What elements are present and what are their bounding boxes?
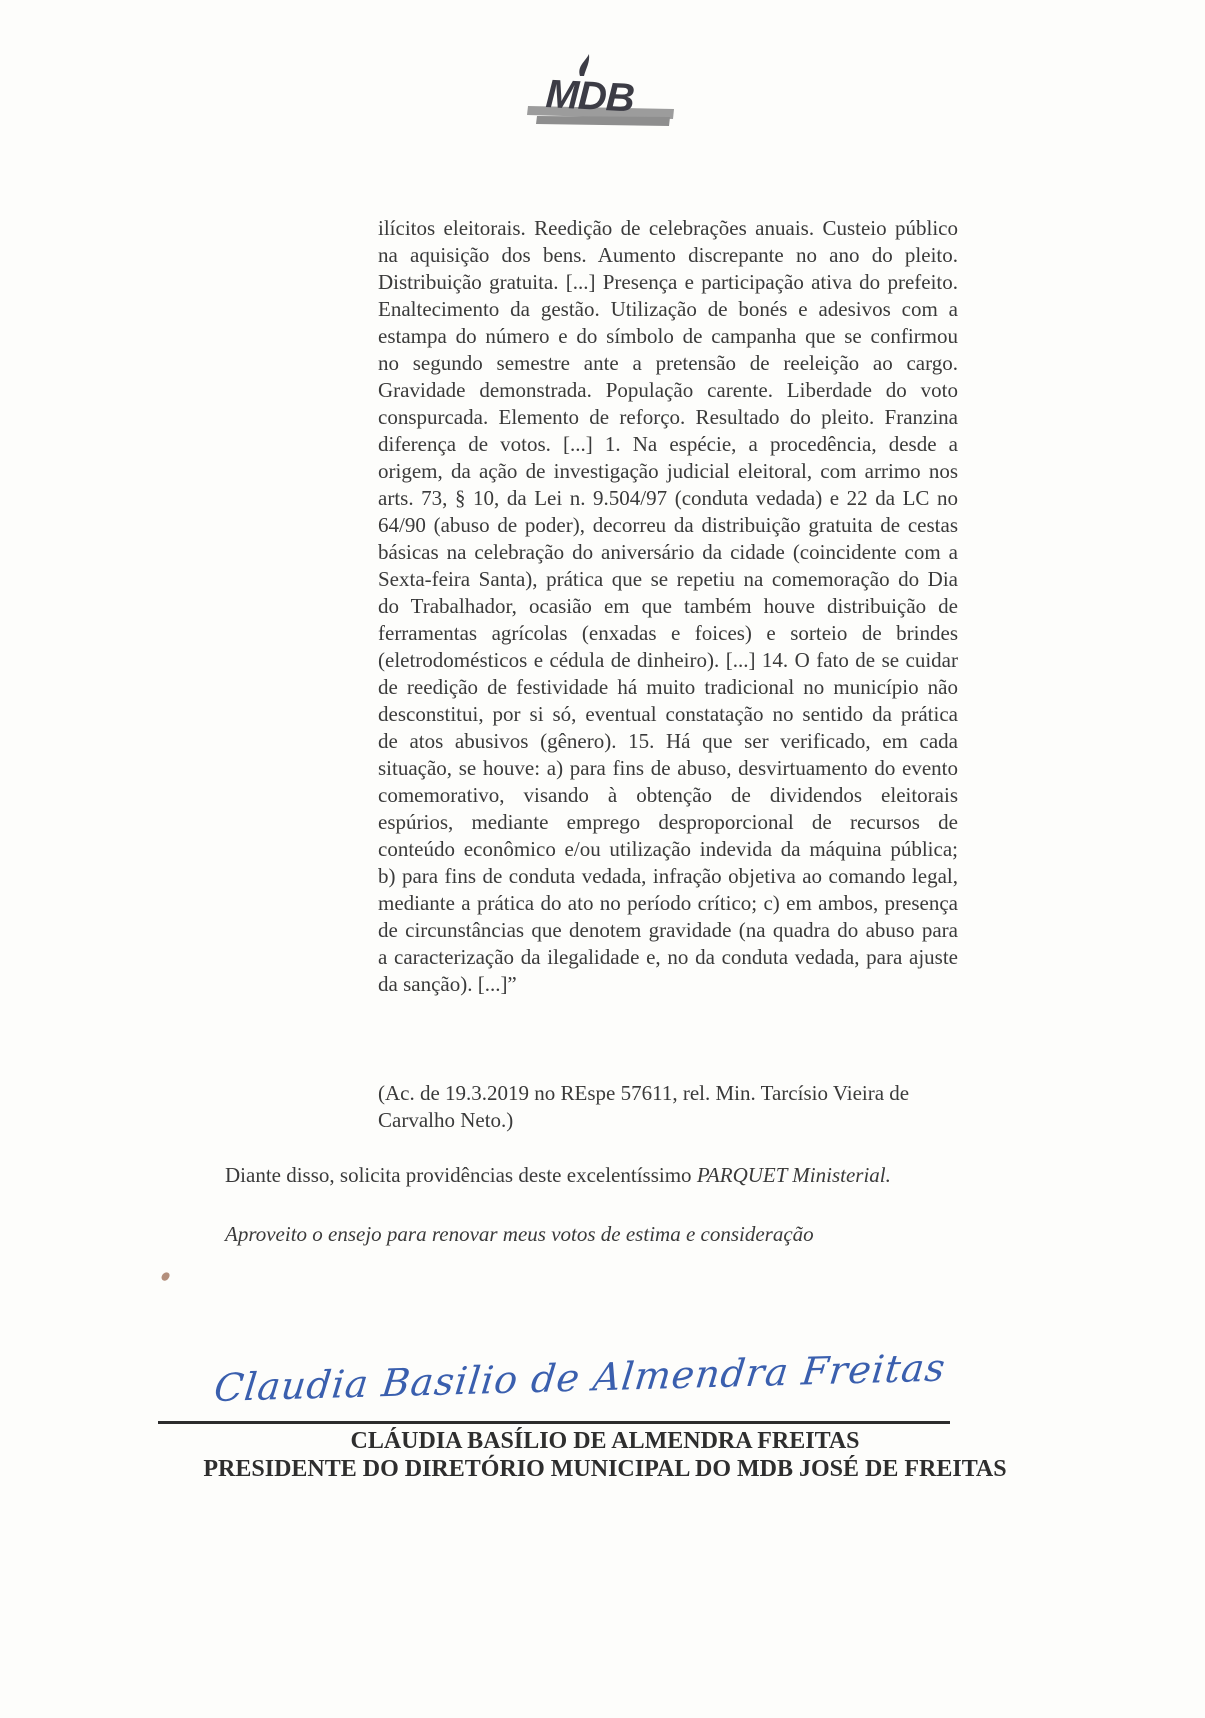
quote-line: conteúdo econômico e/ou utilização indev…: [378, 836, 958, 863]
quote-line: de atos abusivos (gênero). 15. Há que se…: [378, 728, 958, 755]
request-text: Diante disso, solicita providências dest…: [225, 1163, 697, 1187]
logo-flame-icon: [579, 54, 589, 76]
quote-line: Sexta-feira Santa), prática que se repet…: [378, 566, 958, 593]
quote-line: a caracterização da ilegalidade e, no da…: [378, 944, 958, 971]
quote-line: de reedição de festividade há muito trad…: [378, 674, 958, 701]
quote-line: no segundo semestre ante a pretensão de …: [378, 350, 958, 377]
quote-line: arts. 73, § 10, da Lei n. 9.504/97 (cond…: [378, 485, 958, 512]
quote-line: situação, se houve: a) para fins de abus…: [378, 755, 958, 782]
quote-line: da sanção). [...]”: [378, 971, 958, 998]
quote-line: mediante a prática do ato no período crí…: [378, 890, 958, 917]
quote-line: ferramentas agrícolas (enxadas e foices)…: [378, 620, 958, 647]
signature-handwriting: Claudia Basilio de Almendra Freitas: [212, 1345, 947, 1410]
quote-line: desconstitui, por si só, eventual consta…: [378, 701, 958, 728]
logo-text: MDB: [545, 72, 635, 121]
signer-title: PRESIDENTE DO DIRETÓRIO MUNICIPAL DO MDB…: [150, 1455, 1060, 1483]
quote-line: Enaltecimento da gestão. Utilização de b…: [378, 296, 958, 323]
quote-line: básicas na celebração do aniversário da …: [378, 539, 958, 566]
citation-line: Carvalho Neto.): [378, 1107, 978, 1134]
mdb-logo: MDB: [522, 52, 687, 134]
quote-line: comemorativo, visando à obtenção de divi…: [378, 782, 958, 809]
mdb-logo-graphic: MDB: [522, 52, 687, 134]
closing-paragraph: Aproveito o ensejo para renovar meus vot…: [225, 1221, 985, 1248]
quote-line: b) para fins de conduta vedada, infração…: [378, 863, 958, 890]
quote-line: conspurcada. Elemento de reforço. Result…: [378, 404, 958, 431]
quote-line: 64/90 (abuso de poder), decorreu da dist…: [378, 512, 958, 539]
quote-line: Gravidade demonstrada. População carente…: [378, 377, 958, 404]
scanned-document-page: MDB ilícitos eleitorais. Reedição de cel…: [0, 0, 1205, 1718]
quote-line: (eletrodomésticos e cédula de dinheiro).…: [378, 647, 958, 674]
quote-line: espúrios, mediante emprego desproporcion…: [378, 809, 958, 836]
stray-ink-mark: [160, 1271, 170, 1282]
quote-line: de circunstâncias que denotem gravidade …: [378, 917, 958, 944]
quote-block: ilícitos eleitorais. Reedição de celebra…: [378, 215, 958, 998]
request-text-italic: PARQUET Ministerial.: [697, 1163, 891, 1187]
quote-line: diferença de votos. [...] 1. Na espécie,…: [378, 431, 958, 458]
citation-line: (Ac. de 19.3.2019 no REspe 57611, rel. M…: [378, 1080, 978, 1107]
case-citation: (Ac. de 19.3.2019 no REspe 57611, rel. M…: [378, 1080, 978, 1134]
quote-line: Distribuição gratuita. [...] Presença e …: [378, 269, 958, 296]
signer-name: CLÁUDIA BASÍLIO DE ALMENDRA FREITAS: [150, 1427, 1060, 1455]
quote-line: estampa do número e do símbolo de campan…: [378, 323, 958, 350]
quote-line: origem, da ação de investigação judicial…: [378, 458, 958, 485]
signature-rule-line: [158, 1421, 950, 1424]
quote-line: na aquisição dos bens. Aumento discrepan…: [378, 242, 958, 269]
request-paragraph: Diante disso, solicita providências dest…: [225, 1162, 985, 1189]
quote-line: ilícitos eleitorais. Reedição de celebra…: [378, 215, 958, 242]
quote-line: do Trabalhador, ocasião em que também ho…: [378, 593, 958, 620]
